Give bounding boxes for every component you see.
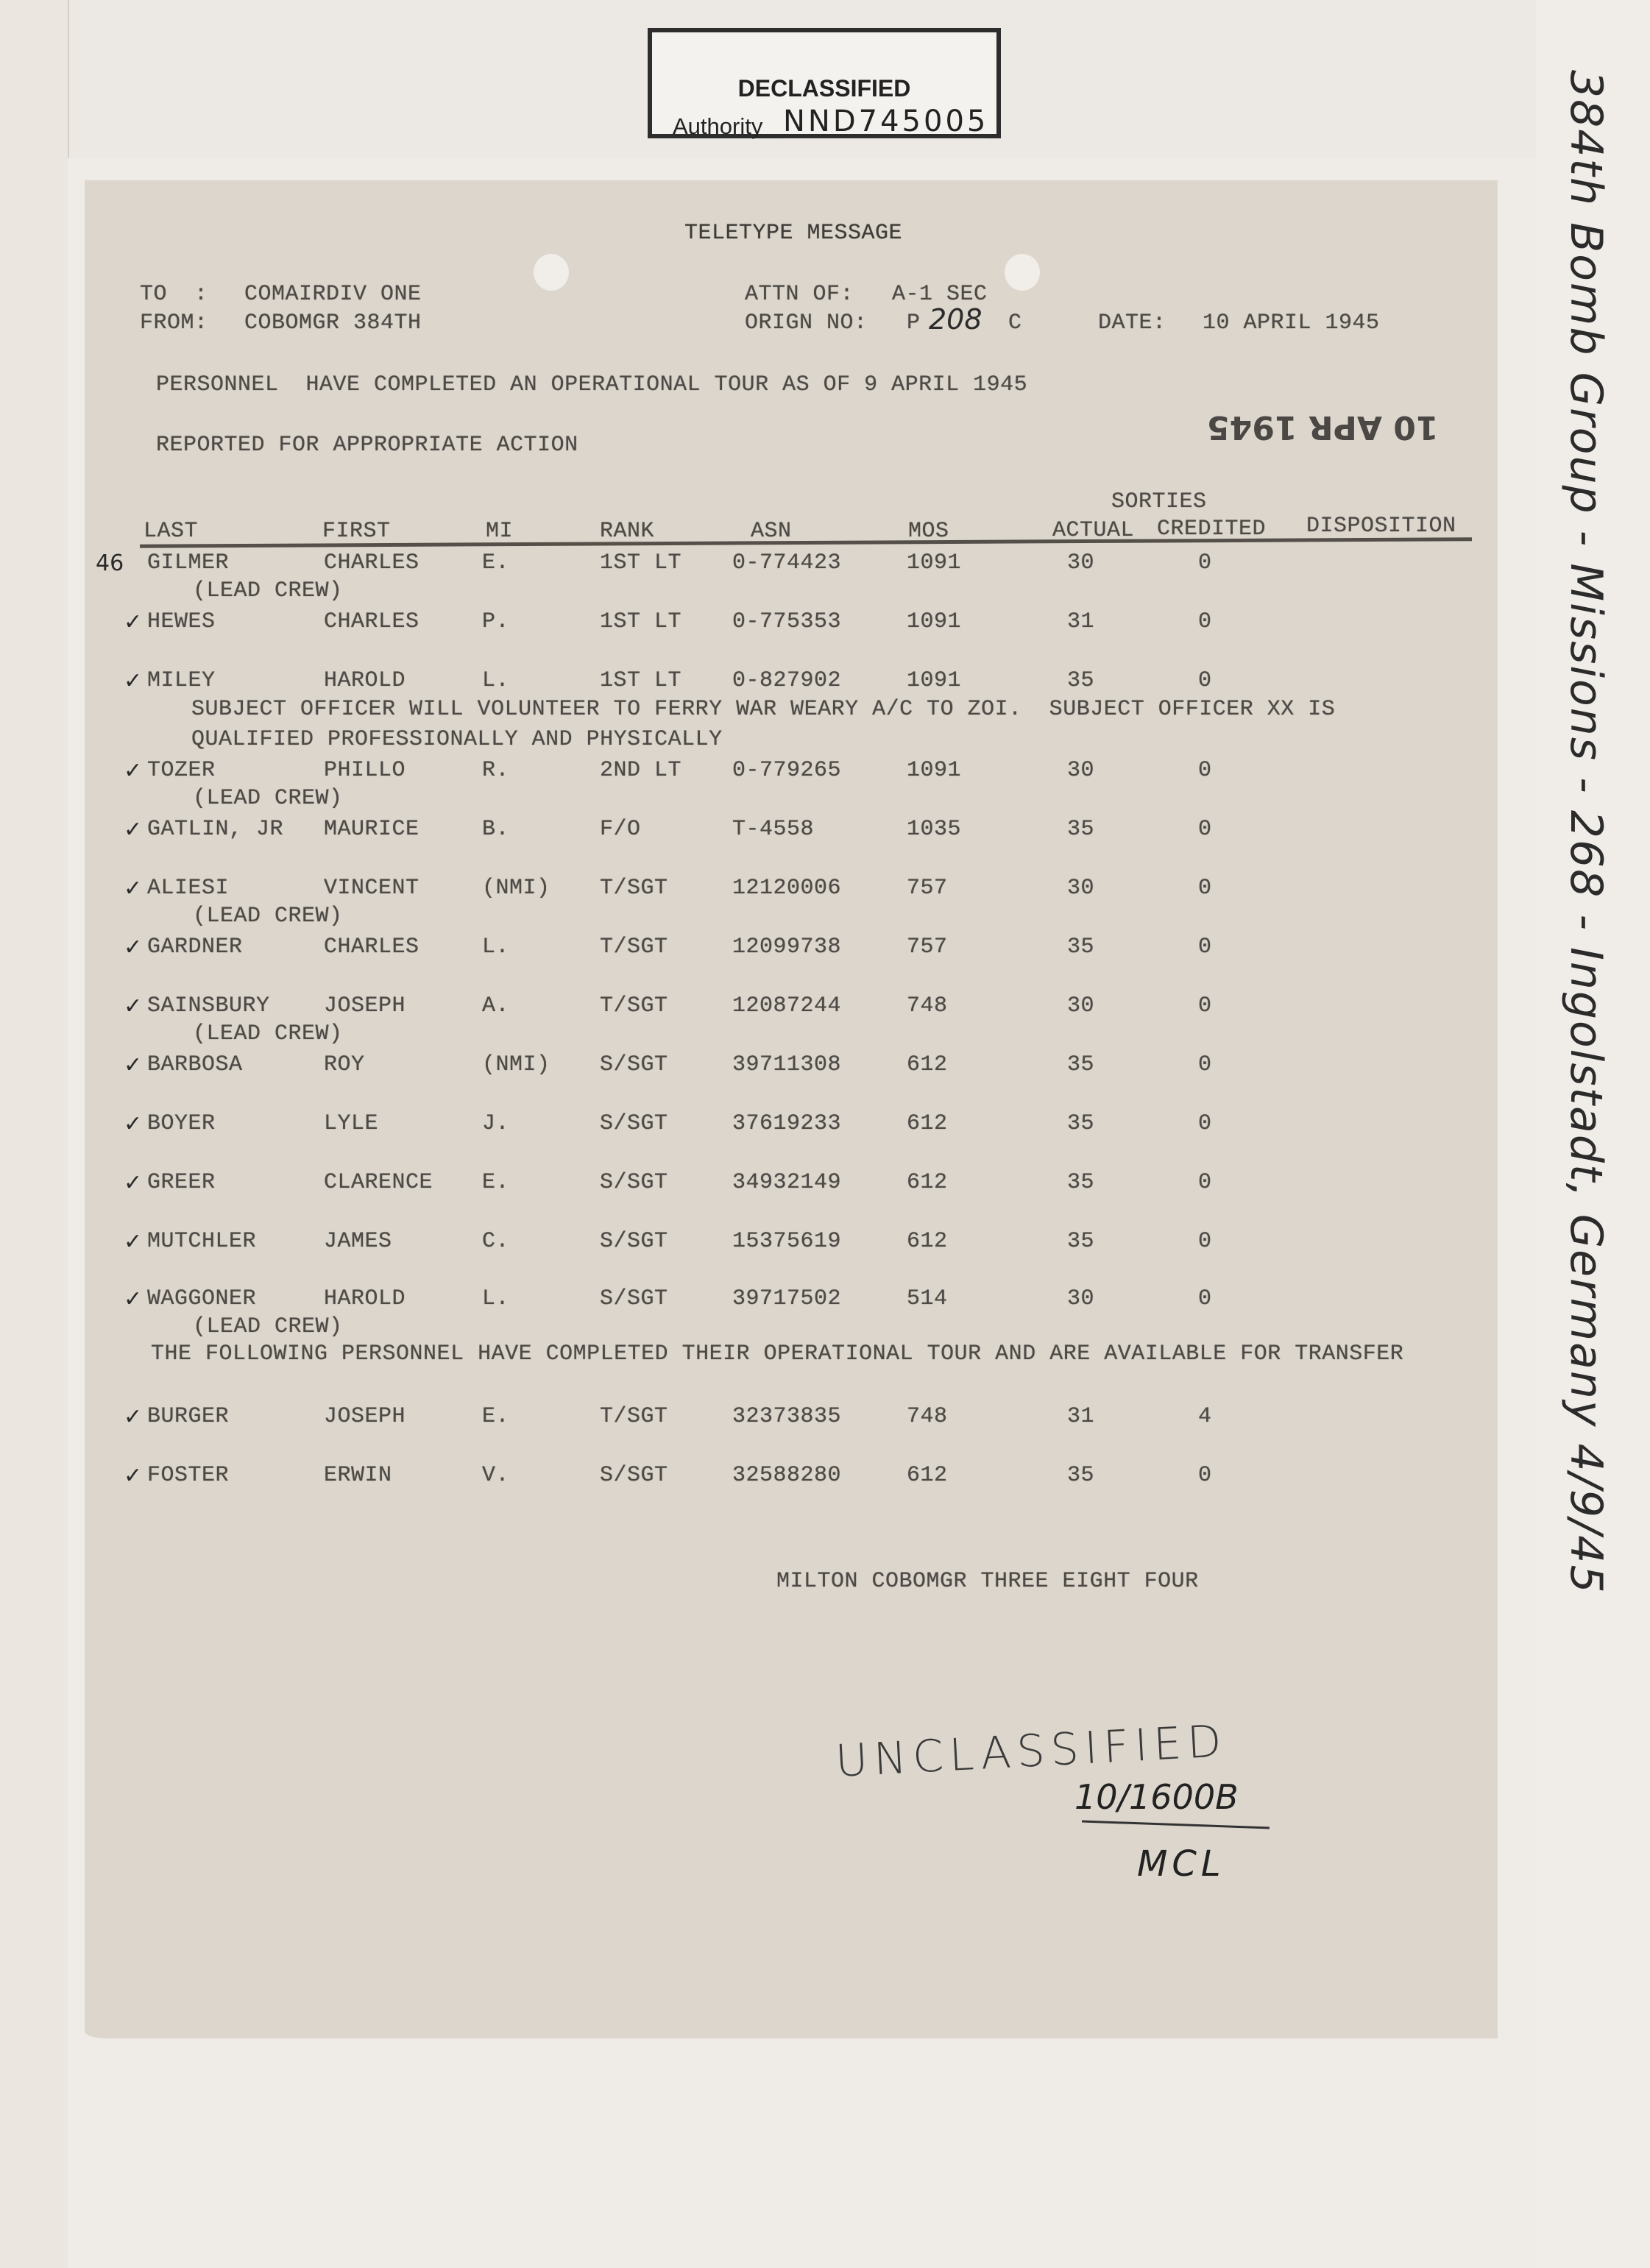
cell-credited: 0 bbox=[1198, 1170, 1212, 1195]
cell-actual: 30 bbox=[1067, 993, 1094, 1018]
cell-mos: 612 bbox=[907, 1463, 948, 1488]
handwritten-dtg: 10/1600B bbox=[1074, 1777, 1239, 1817]
col-header-last: LAST bbox=[144, 519, 198, 544]
cell-first: ROY bbox=[324, 1052, 365, 1077]
check-mark-icon: ✓ bbox=[124, 817, 142, 843]
cell-last: BOYER bbox=[147, 1111, 216, 1136]
check-mark-icon: ✓ bbox=[124, 668, 142, 694]
cell-mi: C. bbox=[482, 1229, 509, 1254]
received-date-stamp: 10 APR 1945 bbox=[1207, 408, 1439, 446]
date-value: 10 APRIL 1945 bbox=[1203, 311, 1380, 336]
date-label: DATE: bbox=[1098, 311, 1166, 336]
cell-asn: T-4558 bbox=[732, 817, 814, 842]
declassified-title: DECLASSIFIED bbox=[652, 75, 996, 102]
cell-last: HEWES bbox=[147, 609, 216, 634]
cell-last: GILMER bbox=[147, 550, 229, 575]
cell-mos: 612 bbox=[907, 1052, 948, 1077]
to-label: TO : bbox=[140, 282, 208, 307]
cell-mos: 1091 bbox=[907, 609, 961, 634]
cell-mi: A. bbox=[482, 993, 509, 1018]
cell-asn: 12099738 bbox=[732, 935, 841, 960]
miley-remark-line-1: SUBJECT OFFICER WILL VOLUNTEER TO FERRY … bbox=[191, 697, 1335, 722]
cell-mi: P. bbox=[482, 609, 509, 634]
cell-mos: 1035 bbox=[907, 817, 961, 842]
cell-rank: S/SGT bbox=[600, 1111, 668, 1136]
handwritten-count: 46 bbox=[96, 550, 124, 576]
cell-first: CHARLES bbox=[324, 935, 419, 960]
cell-credited: 0 bbox=[1198, 993, 1212, 1018]
col-header-asn: ASN bbox=[751, 519, 792, 544]
cell-asn: 0-775353 bbox=[732, 609, 841, 634]
cell-credited: 0 bbox=[1198, 817, 1212, 842]
cell-asn: 37619233 bbox=[732, 1111, 841, 1136]
cell-mi: L. bbox=[482, 1286, 509, 1311]
cell-credited: 0 bbox=[1198, 550, 1212, 575]
cell-mos: 1091 bbox=[907, 550, 961, 575]
teletype-message-sheet bbox=[85, 180, 1498, 2038]
cell-last: BARBOSA bbox=[147, 1052, 243, 1077]
cell-actual: 35 bbox=[1067, 1463, 1094, 1488]
cell-first: VINCENT bbox=[324, 876, 419, 901]
cell-rank: T/SGT bbox=[600, 993, 668, 1018]
cell-rank: F/O bbox=[600, 817, 641, 842]
check-mark-icon: ✓ bbox=[124, 993, 142, 1019]
table-row: 46GILMERCHARLESE.1ST LT0-7744231091300(L… bbox=[0, 550, 1650, 580]
cell-last: GARDNER bbox=[147, 935, 243, 960]
cell-actual: 35 bbox=[1067, 668, 1094, 693]
origin-label: ORIGN NO: bbox=[745, 311, 868, 336]
table-row: ✓GARDNERCHARLESL.T/SGT12099738757350 bbox=[0, 935, 1650, 964]
cell-mos: 1091 bbox=[907, 668, 961, 693]
cell-first: MAURICE bbox=[324, 817, 419, 842]
cell-actual: 31 bbox=[1067, 609, 1094, 634]
check-mark-icon: ✓ bbox=[124, 876, 142, 901]
cell-rank: 1ST LT bbox=[600, 668, 681, 693]
lead-crew-note: (LEAD CREW) bbox=[193, 786, 343, 811]
cell-asn: 32588280 bbox=[732, 1463, 841, 1488]
from-label: FROM: bbox=[140, 311, 208, 336]
miley-remark-line-2: QUALIFIED PROFESSIONALLY AND PHYSICALLY bbox=[191, 727, 723, 752]
cell-rank: 2ND LT bbox=[600, 758, 681, 783]
cell-actual: 30 bbox=[1067, 876, 1094, 901]
table-row: ✓GATLIN, JRMAURICEB.F/OT-45581035350 bbox=[0, 817, 1650, 846]
cell-first: CLARENCE bbox=[324, 1170, 433, 1195]
cell-last: GREER bbox=[147, 1170, 216, 1195]
col-header-mi: MI bbox=[486, 519, 513, 544]
check-mark-icon: ✓ bbox=[124, 1052, 142, 1078]
intro-line: PERSONNEL HAVE COMPLETED AN OPERATIONAL … bbox=[156, 372, 1027, 397]
cell-last: MUTCHLER bbox=[147, 1229, 256, 1254]
cell-rank: S/SGT bbox=[600, 1052, 668, 1077]
table-row: ✓HEWESCHARLESP.1ST LT0-7753531091310 bbox=[0, 609, 1650, 639]
check-mark-icon: ✓ bbox=[124, 1404, 142, 1430]
cell-mi: (NMI) bbox=[482, 1052, 550, 1077]
cell-mi: (NMI) bbox=[482, 876, 550, 901]
authority-value: NND745005 bbox=[783, 106, 986, 138]
cell-mi: L. bbox=[482, 935, 509, 960]
table-row: ✓MUTCHLERJAMESC.S/SGT15375619612350 bbox=[0, 1229, 1650, 1258]
cell-credited: 0 bbox=[1198, 935, 1212, 960]
cell-mos: 748 bbox=[907, 993, 948, 1018]
cell-asn: 39717502 bbox=[732, 1286, 841, 1311]
cell-first: HAROLD bbox=[324, 668, 406, 693]
to-value: COMAIRDIV ONE bbox=[244, 282, 422, 307]
cell-asn: 12120006 bbox=[732, 876, 841, 901]
cell-mi: B. bbox=[482, 817, 509, 842]
cell-last: TOZER bbox=[147, 758, 216, 783]
cell-actual: 35 bbox=[1067, 1111, 1094, 1136]
cell-mi: E. bbox=[482, 550, 509, 575]
cell-mos: 514 bbox=[907, 1286, 948, 1311]
message-heading: TELETYPE MESSAGE bbox=[684, 221, 902, 246]
cell-asn: 15375619 bbox=[732, 1229, 841, 1254]
cell-credited: 0 bbox=[1198, 668, 1212, 693]
attn-label: ATTN OF: bbox=[745, 282, 854, 307]
cell-credited: 0 bbox=[1198, 1052, 1212, 1077]
cell-last: GATLIN, JR bbox=[147, 817, 283, 842]
cell-mi: R. bbox=[482, 758, 509, 783]
cell-mi: E. bbox=[482, 1170, 509, 1195]
cell-last: WAGGONER bbox=[147, 1286, 256, 1311]
check-mark-icon: ✓ bbox=[124, 1229, 142, 1255]
lead-crew-note: (LEAD CREW) bbox=[193, 1021, 343, 1046]
cell-credited: 0 bbox=[1198, 1463, 1212, 1488]
cell-last: MILEY bbox=[147, 668, 216, 693]
cell-credited: 4 bbox=[1198, 1404, 1212, 1429]
cell-actual: 30 bbox=[1067, 1286, 1094, 1311]
cell-actual: 35 bbox=[1067, 1229, 1094, 1254]
cell-rank: S/SGT bbox=[600, 1286, 668, 1311]
cell-credited: 0 bbox=[1198, 1111, 1212, 1136]
action-line: REPORTED FOR APPROPRIATE ACTION bbox=[156, 433, 578, 458]
cell-mos: 748 bbox=[907, 1404, 948, 1429]
cell-mos: 757 bbox=[907, 935, 948, 960]
cell-credited: 0 bbox=[1198, 1229, 1212, 1254]
cell-mos: 612 bbox=[907, 1229, 948, 1254]
table-row: ✓SAINSBURYJOSEPHA.T/SGT12087244748300(LE… bbox=[0, 993, 1650, 1023]
cell-actual: 30 bbox=[1067, 758, 1094, 783]
cell-actual: 31 bbox=[1067, 1404, 1094, 1429]
lead-crew-note: (LEAD CREW) bbox=[193, 904, 343, 929]
cell-asn: 0-774423 bbox=[732, 550, 841, 575]
table-row: ✓ALIESIVINCENT(NMI)T/SGT12120006757300(L… bbox=[0, 876, 1650, 905]
cell-rank: S/SGT bbox=[600, 1229, 668, 1254]
cell-mos: 612 bbox=[907, 1111, 948, 1136]
col-header-disposition: DISPOSITION bbox=[1306, 514, 1456, 539]
cell-first: JOSEPH bbox=[324, 1404, 406, 1429]
cell-first: PHILLO bbox=[324, 758, 406, 783]
table-row: ✓BARBOSAROY(NMI)S/SGT39711308612350 bbox=[0, 1052, 1650, 1082]
cell-credited: 0 bbox=[1198, 609, 1212, 634]
cell-rank: T/SGT bbox=[600, 1404, 668, 1429]
col-header-rank: RANK bbox=[600, 519, 654, 544]
cell-last: FOSTER bbox=[147, 1463, 229, 1488]
cell-mi: J. bbox=[482, 1111, 509, 1136]
table-row: ✓WAGGONERHAROLDL.S/SGT39717502514300(LEA… bbox=[0, 1286, 1650, 1316]
lead-crew-note: (LEAD CREW) bbox=[193, 1314, 343, 1339]
cell-first: HAROLD bbox=[324, 1286, 406, 1311]
cell-credited: 0 bbox=[1198, 876, 1212, 901]
cell-actual: 35 bbox=[1067, 817, 1094, 842]
table-row: ✓TOZERPHILLOR.2ND LT0-7792651091300(LEAD… bbox=[0, 758, 1650, 787]
cell-first: LYLE bbox=[324, 1111, 378, 1136]
cell-actual: 35 bbox=[1067, 1052, 1094, 1077]
check-mark-icon: ✓ bbox=[124, 935, 142, 960]
origin-number-handwritten: 208 bbox=[929, 303, 982, 336]
check-mark-icon: ✓ bbox=[124, 1170, 142, 1196]
cell-asn: 34932149 bbox=[732, 1170, 841, 1195]
check-mark-icon: ✓ bbox=[124, 609, 142, 635]
cell-credited: 0 bbox=[1198, 758, 1212, 783]
lead-crew-note: (LEAD CREW) bbox=[193, 578, 343, 603]
declassified-stamp: DECLASSIFIED Authority NND745005 bbox=[648, 28, 1001, 138]
cell-asn: 0-779265 bbox=[732, 758, 841, 783]
signature-line: MILTON COBOMGR THREE EIGHT FOUR bbox=[776, 1569, 1199, 1594]
cell-mi: V. bbox=[482, 1463, 509, 1488]
check-mark-icon: ✓ bbox=[124, 758, 142, 784]
cell-first: JOSEPH bbox=[324, 993, 406, 1018]
cell-rank: S/SGT bbox=[600, 1463, 668, 1488]
cell-first: ERWIN bbox=[324, 1463, 392, 1488]
cell-mi: L. bbox=[482, 668, 509, 693]
sorties-group-header: SORTIES bbox=[1111, 489, 1207, 514]
cell-asn: 32373835 bbox=[732, 1404, 841, 1429]
cell-asn: 12087244 bbox=[732, 993, 841, 1018]
cell-last: ALIESI bbox=[147, 876, 229, 901]
cell-mi: E. bbox=[482, 1404, 509, 1429]
cell-actual: 30 bbox=[1067, 550, 1094, 575]
cell-rank: T/SGT bbox=[600, 935, 668, 960]
check-mark-icon: ✓ bbox=[124, 1463, 142, 1489]
origin-suffix: C bbox=[1008, 311, 1022, 336]
cell-asn: 0-827902 bbox=[732, 668, 841, 693]
cell-last: BURGER bbox=[147, 1404, 229, 1429]
cell-last: SAINSBURY bbox=[147, 993, 270, 1018]
col-header-first: FIRST bbox=[322, 519, 391, 544]
cell-actual: 35 bbox=[1067, 1170, 1094, 1195]
table-row: ✓MILEYHAROLDL.1ST LT0-8279021091350 bbox=[0, 668, 1650, 698]
cell-rank: S/SGT bbox=[600, 1170, 668, 1195]
punch-hole-left bbox=[534, 254, 569, 291]
table-row: ✓FOSTERERWINV.S/SGT32588280612350 bbox=[0, 1463, 1650, 1492]
punch-hole-right bbox=[1005, 254, 1040, 291]
from-value: COBOMGR 384TH bbox=[244, 311, 422, 336]
cell-first: CHARLES bbox=[324, 609, 419, 634]
table-row: ✓BOYERLYLEJ.S/SGT37619233612350 bbox=[0, 1111, 1650, 1141]
cell-mos: 612 bbox=[907, 1170, 948, 1195]
cell-asn: 39711308 bbox=[732, 1052, 841, 1077]
cell-rank: T/SGT bbox=[600, 876, 668, 901]
cell-mos: 757 bbox=[907, 876, 948, 901]
cell-first: JAMES bbox=[324, 1229, 392, 1254]
transfer-line: THE FOLLOWING PERSONNEL HAVE COMPLETED T… bbox=[151, 1342, 1403, 1367]
cell-mos: 1091 bbox=[907, 758, 961, 783]
table-row: ✓BURGERJOSEPHE.T/SGT32373835748314 bbox=[0, 1404, 1650, 1434]
cell-actual: 35 bbox=[1067, 935, 1094, 960]
cell-first: CHARLES bbox=[324, 550, 419, 575]
table-row: ✓GREERCLARENCEE.S/SGT34932149612350 bbox=[0, 1170, 1650, 1199]
authority-label: Authority bbox=[673, 113, 762, 140]
check-mark-icon: ✓ bbox=[124, 1111, 142, 1137]
origin-prefix: P bbox=[907, 311, 921, 336]
cell-rank: 1ST LT bbox=[600, 550, 681, 575]
cell-credited: 0 bbox=[1198, 1286, 1212, 1311]
check-mark-icon: ✓ bbox=[124, 1286, 142, 1312]
cell-rank: 1ST LT bbox=[600, 609, 681, 634]
handwritten-initials: MCL bbox=[1137, 1843, 1225, 1885]
